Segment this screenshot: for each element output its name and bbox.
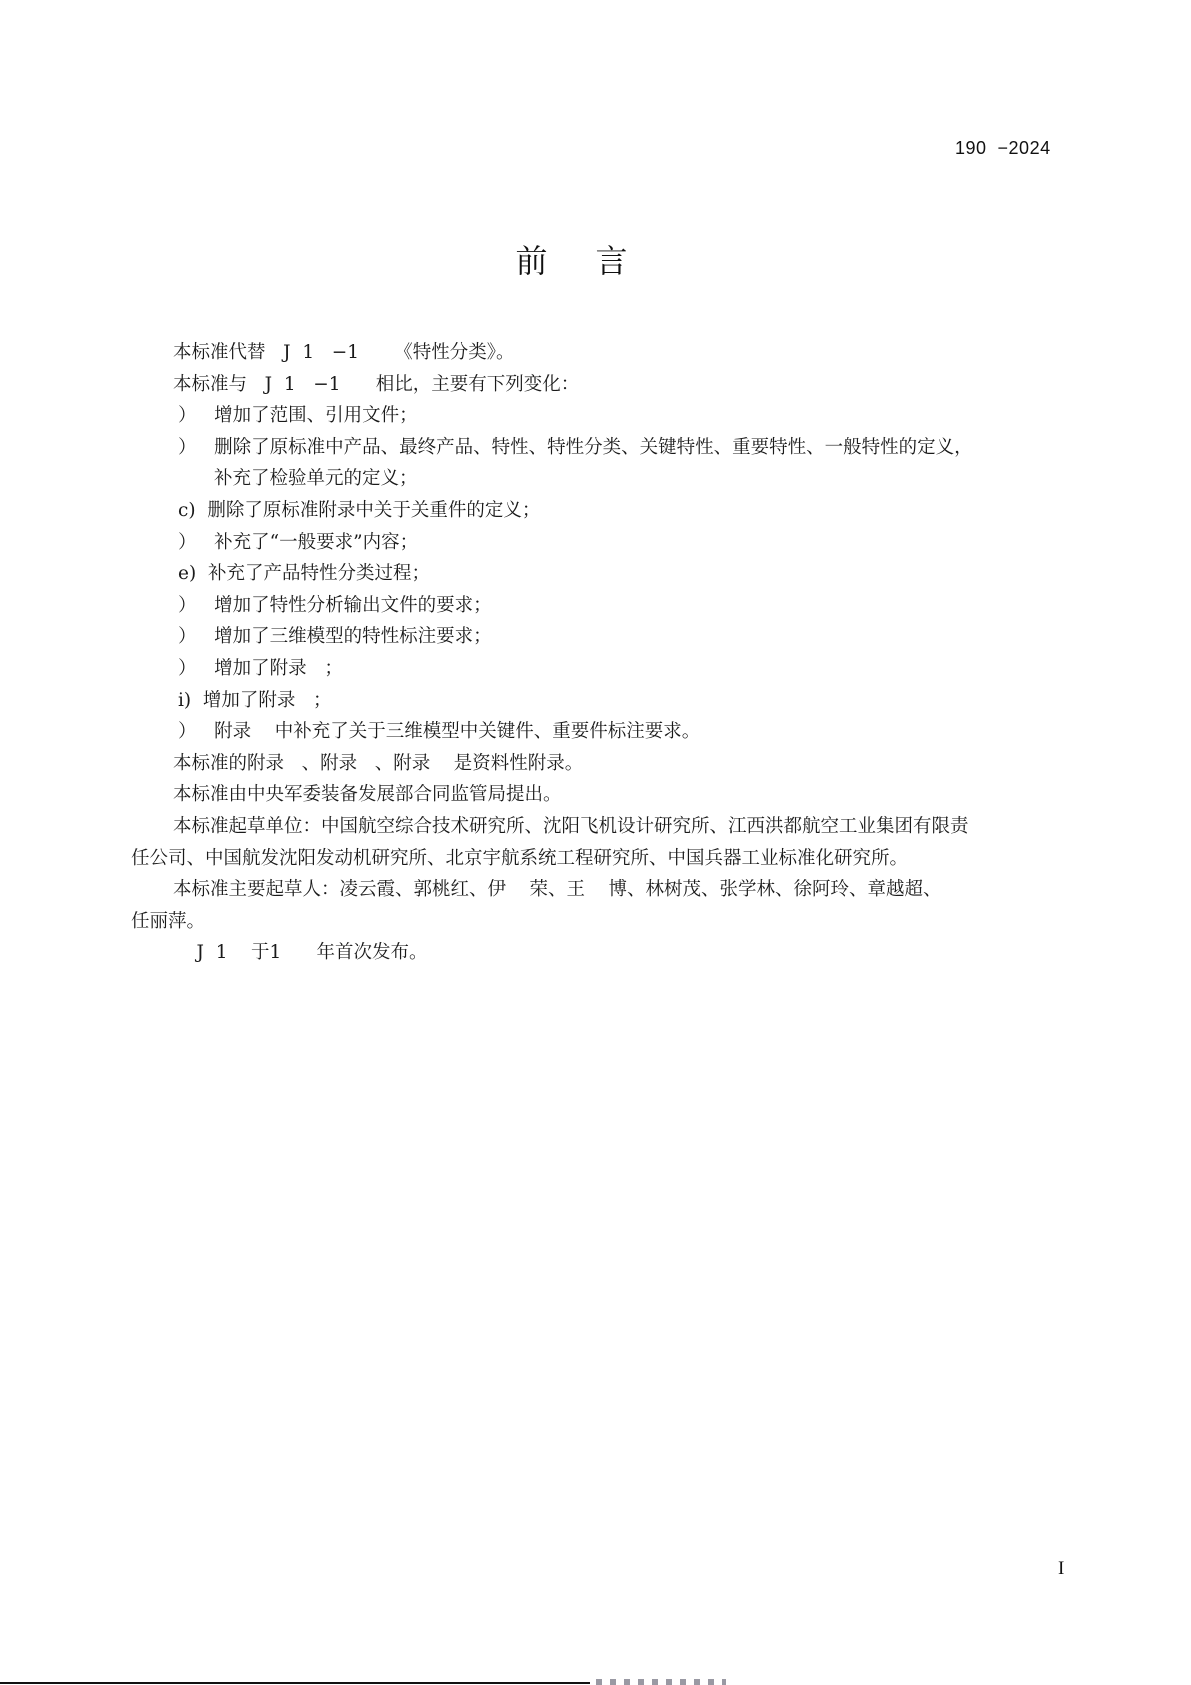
list-item-text: 附录 中补充了关于三维模型中关键件、重要件标注要求。 [214, 721, 700, 742]
page-number: I [1058, 1558, 1064, 1580]
list-marker: ） [178, 405, 197, 426]
list-item-continuation: 补充了检验单元的定义； [131, 463, 1066, 495]
list-marker: ） [178, 595, 197, 616]
list-marker: ） [178, 721, 197, 742]
list-item: ） 增加了附录 ； [131, 653, 1066, 685]
standard-code: 190 −2024 [955, 138, 1051, 159]
list-item: ） 增加了三维模型的特性标注要求； [131, 621, 1066, 653]
list-item: c) 删除了原标准附录中关于关重件的定义； [131, 495, 1066, 527]
list-item-text: 删除了原标准中产品、最终产品、特性、特性分类、关键特性、重要特性、一般特性的定义… [214, 437, 973, 458]
page-title: 前言 [0, 236, 1191, 282]
list-item-text: 增加了附录 ； [214, 658, 343, 679]
intro-line-replaces: 本标准代替 J 1 −1 《特性分类》。 [131, 337, 1066, 369]
list-marker: ） [178, 626, 197, 647]
list-marker: i) [178, 690, 191, 711]
list-item: ） 补充了“一般要求”内容； [131, 527, 1066, 559]
list-item: ） 增加了范围、引用文件； [131, 400, 1066, 432]
paragraph-appendices: 本标准的附录 、附录 、附录 是资料性附录。 [131, 748, 1066, 780]
paragraph-drafters: 本标准主要起草人：凌云霞、郭桃红、伊 荣、王 博、林树茂、张学林、徐阿玲、章越超… [131, 874, 1066, 906]
list-marker: ） [178, 658, 197, 679]
list-marker: c) [178, 500, 196, 521]
list-item-text: 增加了附录 ； [203, 690, 332, 711]
list-item: ） 增加了特性分析输出文件的要求； [131, 590, 1066, 622]
list-item: ） 附录 中补充了关于三维模型中关键件、重要件标注要求。 [131, 716, 1066, 748]
list-item: ） 删除了原标准中产品、最终产品、特性、特性分类、关键特性、重要特性、一般特性的… [131, 432, 1066, 464]
paragraph-first-release: J 1 于1 年首次发布。 [131, 937, 1066, 969]
list-item-text: 增加了三维模型的特性标注要求； [214, 626, 492, 647]
list-item-text: 补充了产品特性分类过程； [208, 563, 430, 584]
footer-cut-text-fragment [596, 1679, 726, 1685]
list-item: i) 增加了附录 ； [131, 685, 1066, 717]
paragraph-drafting-units-continuation: 任公司、中国航发沈阳发动机研究所、北京宇航系统工程研究所、中国兵器工业标准化研究… [131, 843, 1066, 875]
document-body: 本标准代替 J 1 −1 《特性分类》。 本标准与 J 1 −1 相比，主要有下… [131, 337, 1066, 969]
list-marker: e) [178, 563, 196, 584]
paragraph-drafting-units: 本标准起草单位：中国航空综合技术研究所、沈阳飞机设计研究所、江西洪都航空工业集团… [131, 811, 1066, 843]
list-marker: ） [178, 437, 197, 458]
list-item-text: 补充了“一般要求”内容； [214, 532, 418, 553]
paragraph-drafters-continuation: 任丽萍。 [131, 906, 1066, 938]
list-item: e) 补充了产品特性分类过程； [131, 558, 1066, 590]
list-item-text: 增加了特性分析输出文件的要求； [214, 595, 492, 616]
list-marker: ） [178, 532, 197, 553]
paragraph-proposer: 本标准由中央军委装备发展部合同监管局提出。 [131, 779, 1066, 811]
intro-line-changes: 本标准与 J 1 −1 相比，主要有下列变化： [131, 369, 1066, 401]
footer-divider [0, 1682, 590, 1684]
list-item-text: 删除了原标准附录中关于关重件的定义； [207, 500, 540, 521]
list-item-text: 增加了范围、引用文件； [214, 405, 418, 426]
